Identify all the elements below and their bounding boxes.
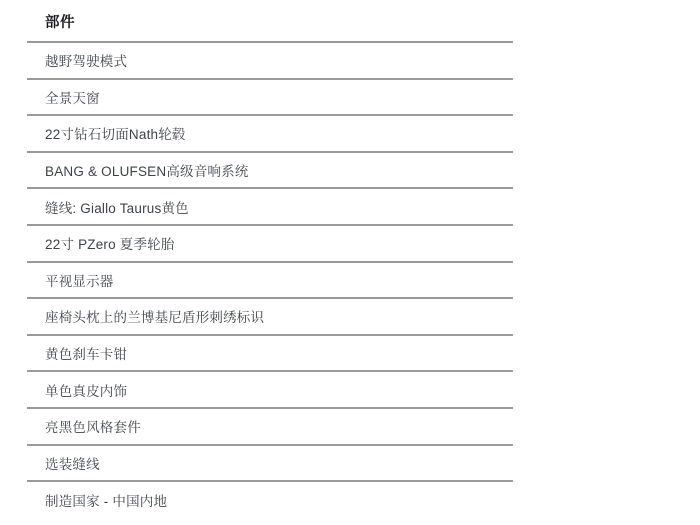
part-name: 座椅头枕上的兰博基尼盾形刺绣标识 [45, 306, 264, 326]
part-name: 制造国家 - 中国内地 [45, 490, 167, 510]
table-row: 黄色刹车卡钳 [27, 336, 513, 373]
table-row: 22寸钻石切面Nath轮毂 [27, 116, 513, 153]
part-name: 22寸 PZero 夏季轮胎 [45, 233, 175, 253]
table-row: 制造国家 - 中国内地 [27, 482, 513, 519]
table-row: 越野驾驶模式 [27, 43, 513, 80]
part-name: 平视显示器 [45, 270, 114, 290]
table-row: 座椅头枕上的兰博基尼盾形刺绣标识 [27, 299, 513, 336]
table-row: BANG & OLUFSEN高级音响系统 [27, 153, 513, 190]
table-row: 选装缝线 [27, 446, 513, 483]
part-name: 22寸钻石切面Nath轮毂 [45, 123, 186, 143]
parts-table-body: 越野驾驶模式 全景天窗 22寸钻石切面Nath轮毂 BANG & OLUFSEN… [27, 43, 513, 519]
part-name: 黄色刹车卡钳 [45, 343, 127, 363]
table-row: 缝线: Giallo Taurus黄色 [27, 189, 513, 226]
part-name: 选装缝线 [45, 453, 100, 473]
part-name: 全景天窗 [45, 87, 100, 107]
table-row: 22寸 PZero 夏季轮胎 [27, 226, 513, 263]
part-name: 单色真皮内饰 [45, 380, 127, 400]
table-row: 单色真皮内饰 [27, 372, 513, 409]
part-name: BANG & OLUFSEN高级音响系统 [45, 160, 249, 180]
part-name: 缝线: Giallo Taurus黄色 [45, 197, 189, 217]
part-name: 越野驾驶模式 [45, 50, 127, 70]
table-row: 平视显示器 [27, 263, 513, 300]
table-row: 全景天窗 [27, 80, 513, 117]
table-row: 亮黑色风格套件 [27, 409, 513, 446]
parts-table-header: 部件 [27, 0, 513, 43]
part-name: 亮黑色风格套件 [45, 416, 141, 436]
parts-table: 部件 越野驾驶模式 全景天窗 22寸钻石切面Nath轮毂 BANG & OLUF… [27, 0, 513, 519]
